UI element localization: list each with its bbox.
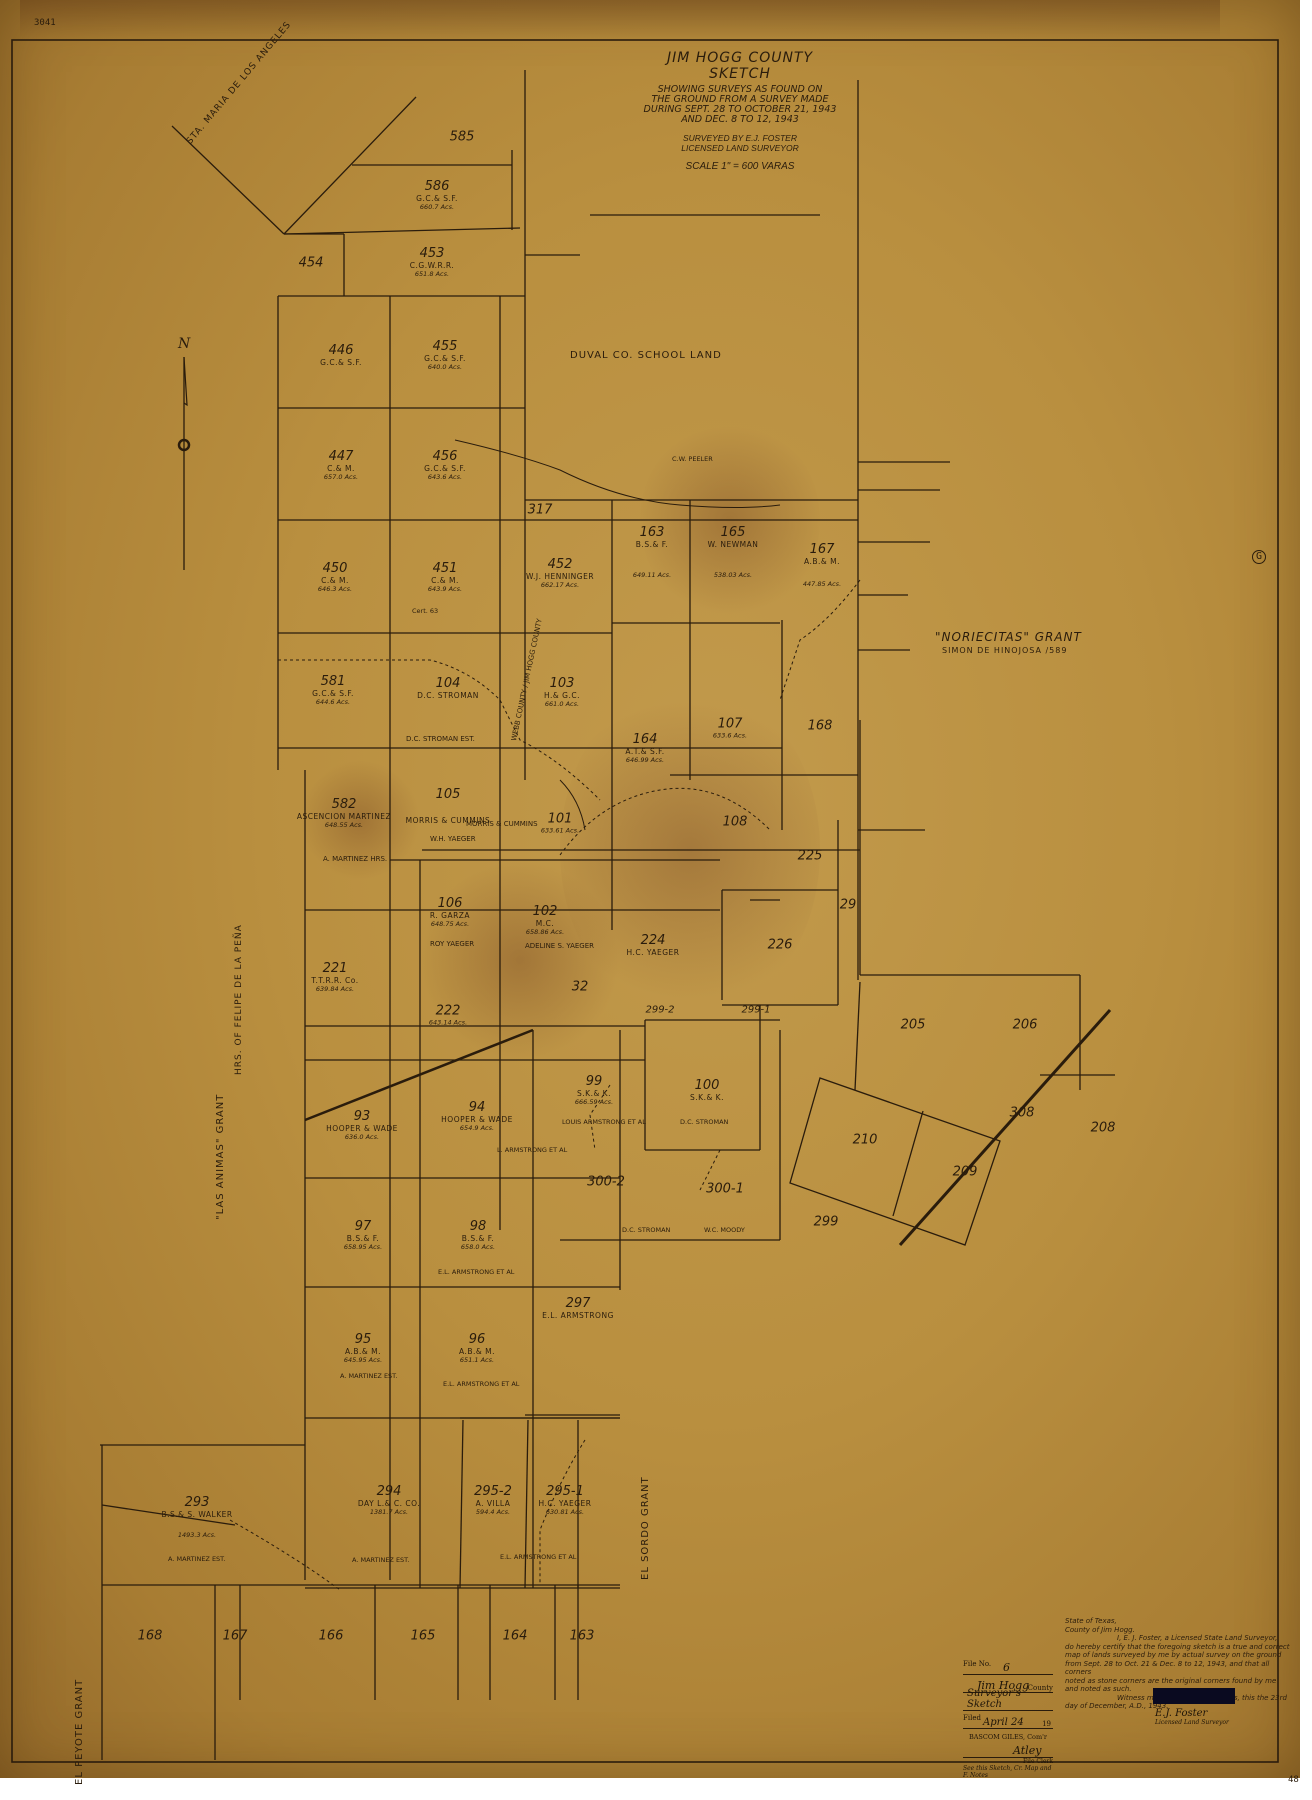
tract-208[interactable]: 208 xyxy=(1091,1121,1116,1136)
map-title: JIM HOGG COUNTY SKETCH xyxy=(640,50,840,82)
tract-101[interactable]: 101633.61 Acs. xyxy=(541,812,579,835)
annotation-martinez-est-294: A. MARTINEZ EST. xyxy=(352,1556,409,1564)
tract-295-2[interactable]: 295-2A. VILLA594.4 Acs. xyxy=(474,1484,512,1516)
cert-line: from Sept. 28 to Oct. 21 & Dec. 8 to 12,… xyxy=(1065,1660,1295,1677)
tract-108[interactable]: 108 xyxy=(723,815,748,830)
annotation-cert-63: Cert. 63 xyxy=(412,607,438,615)
tract-294[interactable]: 294DAY L.& C. CO.1381.7 Acs. xyxy=(358,1484,420,1516)
tract-225[interactable]: 225 xyxy=(798,849,823,864)
grant-el-sordo: EL SORDO GRANT xyxy=(640,1476,651,1580)
tract-165-south[interactable]: 165 xyxy=(411,1629,436,1644)
tract-102[interactable]: 102M.C.658.86 Acs. xyxy=(526,904,564,936)
tract-221[interactable]: 221T.T.R.R. Co.639.84 Acs. xyxy=(311,961,358,993)
tract-97[interactable]: 97B.S.& F.658.95 Acs. xyxy=(344,1219,382,1251)
file-no-value: 6 xyxy=(1003,1661,1010,1674)
tract-317[interactable]: 317 xyxy=(528,503,553,518)
tract-106[interactable]: 106R. GARZA648.75 Acs. xyxy=(430,896,470,928)
tract-164-north[interactable]: 164A.T.& S.F.646.99 Acs. xyxy=(625,732,664,764)
tract-168-south[interactable]: 168 xyxy=(138,1629,163,1644)
cert-line: State of Texas, xyxy=(1065,1617,1295,1626)
annotation-armstrong-94: L. ARMSTRONG ET AL xyxy=(497,1146,567,1154)
file-no-row: File No. 6 xyxy=(963,1660,1053,1675)
grant-felipe-de-la-pena: HRS. OF FELIPE DE LA PEÑA xyxy=(234,924,244,1075)
filed-date: April 24 xyxy=(983,1717,1024,1728)
cert-line: map of lands surveyed by me by actual su… xyxy=(1065,1651,1295,1660)
tract-295-1[interactable]: 295-1H.C. YAEGER630.81 Acs. xyxy=(538,1484,591,1516)
clerk-label: File Clerk xyxy=(963,1758,1053,1765)
tract-454[interactable]: 454 xyxy=(299,256,324,271)
tract-450[interactable]: 450C.& M.646.3 Acs. xyxy=(318,561,352,593)
tract-452[interactable]: 452W.J. HENNINGER662.17 Acs. xyxy=(526,557,594,589)
surveyor-line: LICENSED LAND SURVEYOR xyxy=(640,143,840,153)
cert-line: noted as stone corners are the original … xyxy=(1065,1677,1295,1686)
title-subtitle: SHOWING SURVEYS AS FOUND ON THE GROUND F… xyxy=(640,85,840,125)
annotation-moody: W.C. MOODY xyxy=(704,1226,745,1234)
tract-99[interactable]: 99S.K.& K.666.59 Acs. xyxy=(575,1074,613,1106)
tract-300-2[interactable]: 300-2 xyxy=(587,1175,625,1190)
tract-308[interactable]: 308 xyxy=(1010,1106,1035,1121)
cert-line: do hereby certify that the foregoing ske… xyxy=(1065,1643,1295,1652)
tract-167-north[interactable]: 167A.B.& M.447.85 Acs. xyxy=(803,542,841,588)
tract-163-south[interactable]: 163 xyxy=(570,1629,595,1644)
tract-293[interactable]: 293B.S.& S. WALKER1493.3 Acs. xyxy=(161,1495,232,1539)
tract-32[interactable]: 32 xyxy=(572,980,589,995)
file-no-label: File No. xyxy=(963,1660,991,1668)
commissioner-name: BASCOM GILES, Com'r xyxy=(963,1733,1053,1741)
tract-446[interactable]: 446G.C.& S.F. xyxy=(320,343,362,367)
tract-167-south[interactable]: 167 xyxy=(223,1629,248,1644)
tract-168-north[interactable]: 168 xyxy=(808,719,833,734)
filed-label: Filed xyxy=(963,1714,981,1722)
annotation-armstrong-96: E.L. ARMSTRONG ET AL xyxy=(443,1380,519,1388)
tract-585[interactable]: 585 xyxy=(450,130,475,145)
annotation-wh-yaeger: W.H. YAEGER xyxy=(430,835,476,843)
grant-duval: DUVAL CO. SCHOOL LAND xyxy=(570,350,722,361)
tract-93[interactable]: 93HOOPER & WADE636.0 Acs. xyxy=(326,1109,398,1141)
tract-586[interactable]: 586G.C.& S.F.660.7 Acs. xyxy=(416,179,458,211)
annotation-martinez-est-293: A. MARTINEZ EST. xyxy=(168,1555,225,1563)
file-note: See this Sketch, Cr. Map and F. Notes xyxy=(963,1765,1053,1779)
title-block: JIM HOGG COUNTY SKETCH SHOWING SURVEYS A… xyxy=(640,50,840,172)
tract-205[interactable]: 205 xyxy=(901,1018,926,1033)
tract-299-2[interactable]: 299-2 xyxy=(645,1005,674,1016)
tract-226[interactable]: 226 xyxy=(768,938,793,953)
annotation-stroman-300: D.C. STROMAN xyxy=(622,1226,670,1234)
annotation-morris-cummins-101: MORRIS & CUMMINS xyxy=(466,820,538,828)
subtitle-line: AND DEC. 8 TO 12, 1943 xyxy=(640,115,840,125)
tract-455[interactable]: 455G.C.& S.F.640.0 Acs. xyxy=(424,339,466,371)
tract-29[interactable]: 29 xyxy=(840,898,857,913)
tract-165-north[interactable]: 165W. NEWMAN538.03 Acs. xyxy=(708,525,759,579)
tract-210[interactable]: 210 xyxy=(853,1133,878,1148)
annotation-roy-yaeger: ROY YAEGER xyxy=(430,940,474,948)
annotation-martinez-hrs: A. MARTINEZ HRS. xyxy=(323,855,387,863)
annotation-louis-armstrong: LOUIS ARMSTRONG ET AL xyxy=(562,1118,646,1126)
signature-text: E.J. Foster xyxy=(1155,1708,1207,1719)
grant-las-animas: "LAS ANIMAS" GRANT xyxy=(215,1094,226,1220)
filed-row: Filed April 24 19 xyxy=(963,1714,1053,1729)
tract-222[interactable]: 222643.14 Acs. xyxy=(429,1004,467,1027)
tract-100[interactable]: 100S.K.& K. xyxy=(690,1078,724,1102)
tract-206[interactable]: 206 xyxy=(1013,1018,1038,1033)
grant-noriecitas-sub: SIMON DE HINOJOSA /589 xyxy=(942,646,1067,655)
redaction-bar xyxy=(1153,1688,1235,1704)
grant-noriecitas: "NORIECITAS" GRANT xyxy=(935,630,1082,644)
file-block: File No. 6 Jim Hogg County Surveyor's Sk… xyxy=(963,1660,1053,1779)
annotation-martinez-est-95: A. MARTINEZ EST. xyxy=(340,1372,397,1380)
tract-299-1[interactable]: 299-1 xyxy=(741,1005,770,1016)
tract-164-south[interactable]: 164 xyxy=(503,1629,528,1644)
tract-453[interactable]: 453C.G.W.R.R.651.8 Acs. xyxy=(410,246,454,278)
annotation-stroman-est: D.C. STROMAN EST. xyxy=(406,735,475,743)
tract-224[interactable]: 224H.C. YAEGER xyxy=(626,933,679,957)
annotation-peeler: C.W. PEELER xyxy=(672,455,713,463)
tract-581[interactable]: 581G.C.& S.F.644.6 Acs. xyxy=(312,674,354,706)
surveyor-line: SURVEYED BY E.J. FOSTER xyxy=(640,133,840,143)
tract-104[interactable]: 104D.C. STROMAN xyxy=(417,676,479,700)
cert-line: County of Jim Hogg. xyxy=(1065,1626,1295,1635)
tract-297[interactable]: 297E.L. ARMSTRONG xyxy=(542,1296,614,1320)
doc-type-value: Surveyor's Sketch xyxy=(967,1688,1053,1710)
tract-299[interactable]: 299 xyxy=(814,1215,839,1230)
tract-94[interactable]: 94HOOPER & WADE654.9 Acs. xyxy=(441,1100,513,1132)
clerk-signature: Atley xyxy=(1013,1744,1041,1757)
tract-456[interactable]: 456G.C.& S.F.643.6 Acs. xyxy=(424,449,466,481)
tract-582[interactable]: 582ASCENCION MARTINEZ648.55 Acs. xyxy=(297,797,391,829)
clerk-row: Atley xyxy=(963,1743,1053,1758)
doc-type-row: Surveyor's Sketch xyxy=(963,1696,1053,1711)
annotation-adeline-yaeger: ADELINE S. YAEGER xyxy=(525,942,594,950)
surveyor-credit: SURVEYED BY E.J. FOSTER LICENSED LAND SU… xyxy=(640,133,840,153)
tract-209[interactable]: 209 xyxy=(953,1165,978,1180)
annotation-armstrong-97: E.L. ARMSTRONG ET AL xyxy=(438,1268,514,1276)
circle-mark: G xyxy=(1252,550,1266,564)
tract-451[interactable]: 451C.& M.643.9 Acs. xyxy=(428,561,462,593)
surveyor-signature: E.J. Foster Licensed Land Surveyor xyxy=(1155,1708,1229,1726)
tract-163-north[interactable]: 163B.S.& F.649.11 Acs. xyxy=(633,525,671,579)
tract-107[interactable]: 107633.6 Acs. xyxy=(713,717,747,740)
sheet-number: 48 xyxy=(1288,1775,1299,1785)
tract-95[interactable]: 95A.B.& M.645.95 Acs. xyxy=(344,1332,382,1364)
annotation-armstrong-295: E.L. ARMSTRONG ET AL xyxy=(500,1553,576,1561)
north-arrow-icon xyxy=(176,345,196,575)
signature-title: Licensed Land Surveyor xyxy=(1155,1719,1229,1726)
annotation-stroman-100: D.C. STROMAN xyxy=(680,1118,728,1126)
grant-el-peyote: EL PEYOTE GRANT xyxy=(74,1679,85,1785)
tract-96[interactable]: 96A.B.& M.651.1 Acs. xyxy=(459,1332,495,1364)
map-scale: SCALE 1" = 600 VARAS xyxy=(640,161,840,172)
filed-year: 19 xyxy=(1042,1720,1051,1728)
tract-447[interactable]: 447C.& M.657.0 Acs. xyxy=(324,449,358,481)
tract-103[interactable]: 103H.& G.C.661.0 Acs. xyxy=(544,676,580,708)
archive-number: 3041 xyxy=(34,18,56,28)
tract-166-south[interactable]: 166 xyxy=(319,1629,344,1644)
tract-300-1[interactable]: 300-1 xyxy=(706,1182,744,1197)
cert-line: I, E. J. Foster, a Licensed State Land S… xyxy=(1065,1634,1295,1643)
tract-98[interactable]: 98B.S.& F.658.0 Acs. xyxy=(461,1219,495,1251)
